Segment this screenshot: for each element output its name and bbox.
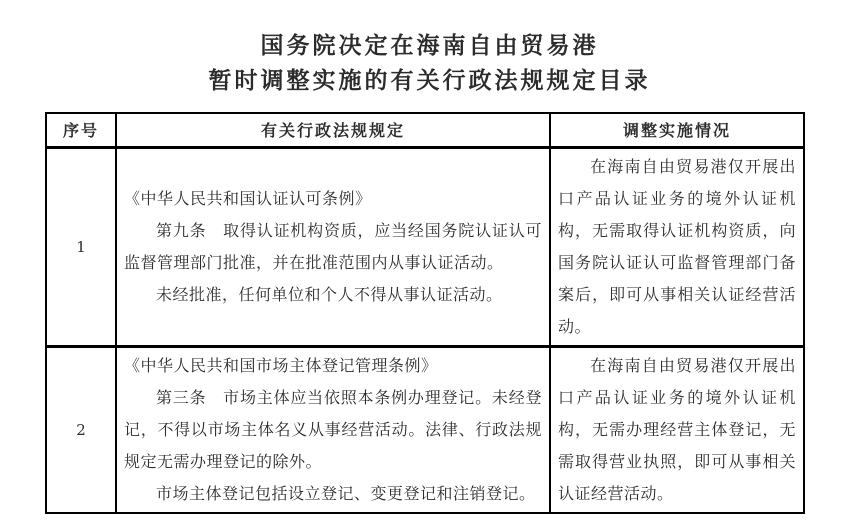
table-row: 2 《中华人民共和国市场主体登记管理条例》 第三条 市场主体应当依照本条例办理登… <box>46 346 804 513</box>
title-line-2: 暂时调整实施的有关行政法规规定目录 <box>0 63 859 98</box>
regulations-table: 序号 有关行政法规规定 调整实施情况 1 《中华人民共和国认证认可条例》 第九条… <box>45 112 805 514</box>
regulation-cell: 《中华人民共和国市场主体登记管理条例》 第三条 市场主体应当依照本条例办理登记。… <box>116 346 550 513</box>
regulation-cell: 《中华人民共和国认证认可条例》 第九条 取得认证机构资质，应当经国务院认证认可监… <box>116 147 550 346</box>
regulation-paragraph: 第三条 市场主体应当依照本条例办理登记。未经登记，不得以市场主体名义从事经营活动… <box>124 382 542 478</box>
table-row: 1 《中华人民共和国认证认可条例》 第九条 取得认证机构资质，应当经国务院认证认… <box>46 147 804 346</box>
column-header-adjustment: 调整实施情况 <box>550 113 804 147</box>
regulation-paragraph: 未经批准，任何单位和个人不得从事认证活动。 <box>124 279 542 311</box>
column-header-regulation: 有关行政法规规定 <box>116 113 550 147</box>
document-title: 国务院决定在海南自由贸易港 暂时调整实施的有关行政法规规定目录 <box>0 15 859 98</box>
adjustment-text: 在海南自由贸易港仅开展出口产品认证业务的境外认证机构，无需取得认证机构资质，向国… <box>558 151 796 343</box>
adjustment-cell: 在海南自由贸易港仅开展出口产品认证业务的境外认证机构，无需办理经营主体登记，无需… <box>550 346 804 513</box>
title-line-1: 国务院决定在海南自由贸易港 <box>0 28 859 63</box>
regulation-paragraph: 第九条 取得认证机构资质，应当经国务院认证认可监督管理部门批准，并在批准范围内从… <box>124 215 542 279</box>
table-header-row: 序号 有关行政法规规定 调整实施情况 <box>46 113 804 147</box>
row-index: 1 <box>46 147 116 346</box>
regulation-name: 《中华人民共和国市场主体登记管理条例》 <box>124 350 542 382</box>
adjustment-text: 在海南自由贸易港仅开展出口产品认证业务的境外认证机构，无需办理经营主体登记，无需… <box>558 350 796 510</box>
row-index: 2 <box>46 346 116 513</box>
regulation-paragraph: 市场主体登记包括设立登记、变更登记和注销登记。 <box>124 478 542 510</box>
adjustment-cell: 在海南自由贸易港仅开展出口产品认证业务的境外认证机构，无需取得认证机构资质，向国… <box>550 147 804 346</box>
column-header-index: 序号 <box>46 113 116 147</box>
regulation-name: 《中华人民共和国认证认可条例》 <box>124 183 542 215</box>
document-page: 国务院决定在海南自由贸易港 暂时调整实施的有关行政法规规定目录 序号 有关行政法… <box>0 15 859 98</box>
